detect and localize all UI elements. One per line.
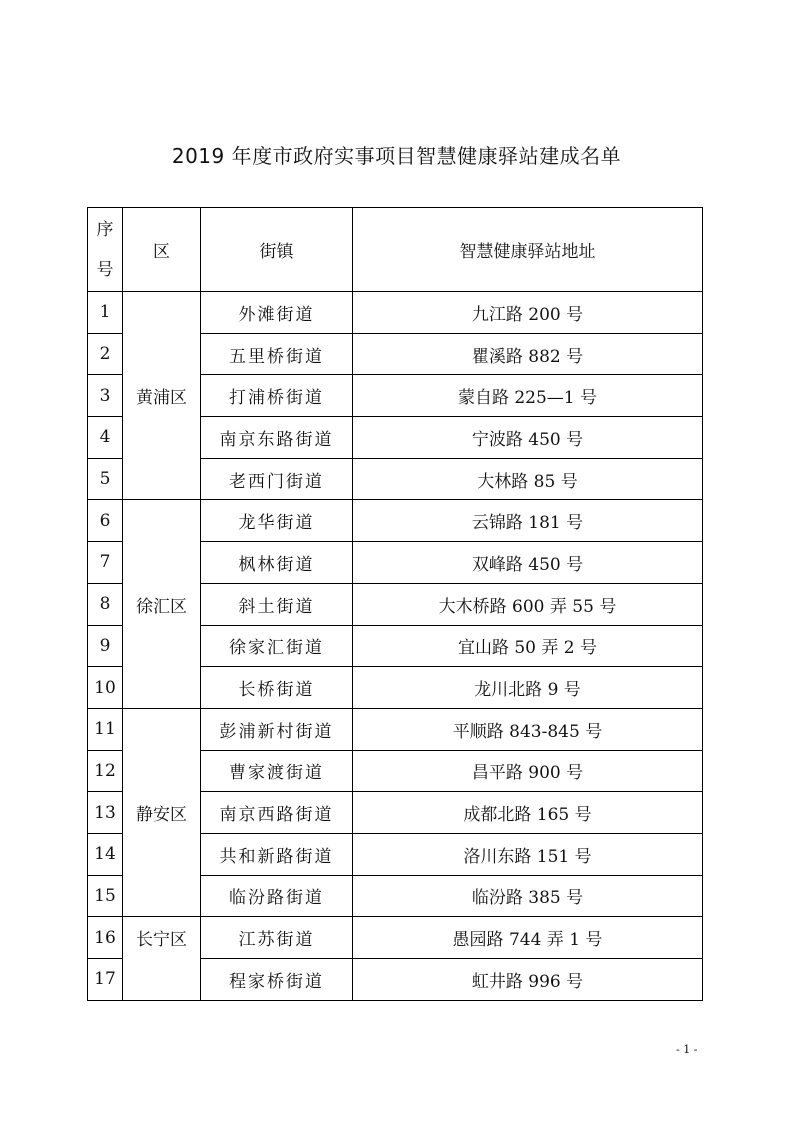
header-district: 区 <box>123 208 201 292</box>
street-cell: 枫林街道 <box>201 542 353 584</box>
street-cell: 曹家渡街道 <box>201 750 353 792</box>
table-row: 11静安区彭浦新村街道平顺路 843-845 号 <box>88 708 703 750</box>
row-number: 17 <box>88 959 123 1001</box>
row-number: 13 <box>88 792 123 834</box>
row-number: 6 <box>88 500 123 542</box>
street-cell: 南京东路街道 <box>201 417 353 459</box>
district-cell: 徐汇区 <box>123 500 201 708</box>
address-cell: 宁波路 450 号 <box>353 417 703 459</box>
table-row: 6徐汇区龙华街道云锦路 181 号 <box>88 500 703 542</box>
header-seq: 序 号 <box>88 208 123 292</box>
street-cell: 江苏街道 <box>201 917 353 959</box>
address-cell: 大木桥路 600 弄 55 号 <box>353 583 703 625</box>
header-seq-line2: 号 <box>88 250 122 290</box>
page-number: - 1 - <box>676 1043 697 1056</box>
address-cell: 临汾路 385 号 <box>353 875 703 917</box>
street-cell: 徐家汇街道 <box>201 625 353 667</box>
address-cell: 大林路 85 号 <box>353 458 703 500</box>
document-title: 2019 年度市政府实事项目智慧健康驿站建成名单 <box>0 140 793 169</box>
street-cell: 外滩街道 <box>201 292 353 334</box>
row-number: 1 <box>88 292 123 334</box>
street-cell: 龙华街道 <box>201 500 353 542</box>
street-cell: 临汾路街道 <box>201 875 353 917</box>
district-cell: 长宁区 <box>123 917 201 959</box>
row-number: 16 <box>88 917 123 959</box>
street-cell: 打浦桥街道 <box>201 375 353 417</box>
street-cell: 程家桥街道 <box>201 959 353 1001</box>
table-row: 17程家桥街道虹井路 996 号 <box>88 959 703 1001</box>
row-number: 3 <box>88 375 123 417</box>
address-cell: 云锦路 181 号 <box>353 500 703 542</box>
station-list-table: 序 号 区 街镇 智慧健康驿站地址 1黄浦区外滩街道九江路 200 号2五里桥街… <box>87 207 703 1001</box>
row-number: 4 <box>88 417 123 459</box>
street-cell: 长桥街道 <box>201 667 353 709</box>
street-cell: 彭浦新村街道 <box>201 708 353 750</box>
address-cell: 平顺路 843-845 号 <box>353 708 703 750</box>
header-address: 智慧健康驿站地址 <box>353 208 703 292</box>
row-number: 2 <box>88 333 123 375</box>
district-cell: 黄浦区 <box>123 292 201 500</box>
address-cell: 愚园路 744 弄 1 号 <box>353 917 703 959</box>
address-cell: 宜山路 50 弄 2 号 <box>353 625 703 667</box>
address-cell: 虹井路 996 号 <box>353 959 703 1001</box>
row-number: 9 <box>88 625 123 667</box>
row-number: 8 <box>88 583 123 625</box>
address-cell: 蒙自路 225—1 号 <box>353 375 703 417</box>
header-seq-line1: 序 <box>88 210 122 250</box>
header-street: 街镇 <box>201 208 353 292</box>
table-row: 1黄浦区外滩街道九江路 200 号 <box>88 292 703 334</box>
address-cell: 洛川东路 151 号 <box>353 833 703 875</box>
street-cell: 老西门街道 <box>201 458 353 500</box>
row-number: 11 <box>88 708 123 750</box>
row-number: 10 <box>88 667 123 709</box>
address-cell: 成都北路 165 号 <box>353 792 703 834</box>
address-cell: 龙川北路 9 号 <box>353 667 703 709</box>
address-cell: 瞿溪路 882 号 <box>353 333 703 375</box>
address-cell: 九江路 200 号 <box>353 292 703 334</box>
street-cell: 共和新路街道 <box>201 833 353 875</box>
table-body: 1黄浦区外滩街道九江路 200 号2五里桥街道瞿溪路 882 号3打浦桥街道蒙自… <box>88 292 703 1001</box>
row-number: 7 <box>88 542 123 584</box>
address-cell: 昌平路 900 号 <box>353 750 703 792</box>
street-cell: 五里桥街道 <box>201 333 353 375</box>
district-cell: 静安区 <box>123 708 201 916</box>
district-cell-empty <box>123 959 201 1001</box>
address-cell: 双峰路 450 号 <box>353 542 703 584</box>
table-header-row: 序 号 区 街镇 智慧健康驿站地址 <box>88 208 703 292</box>
street-cell: 斜土街道 <box>201 583 353 625</box>
table-row: 16长宁区江苏街道愚园路 744 弄 1 号 <box>88 917 703 959</box>
row-number: 14 <box>88 833 123 875</box>
row-number: 5 <box>88 458 123 500</box>
row-number: 15 <box>88 875 123 917</box>
row-number: 12 <box>88 750 123 792</box>
street-cell: 南京西路街道 <box>201 792 353 834</box>
